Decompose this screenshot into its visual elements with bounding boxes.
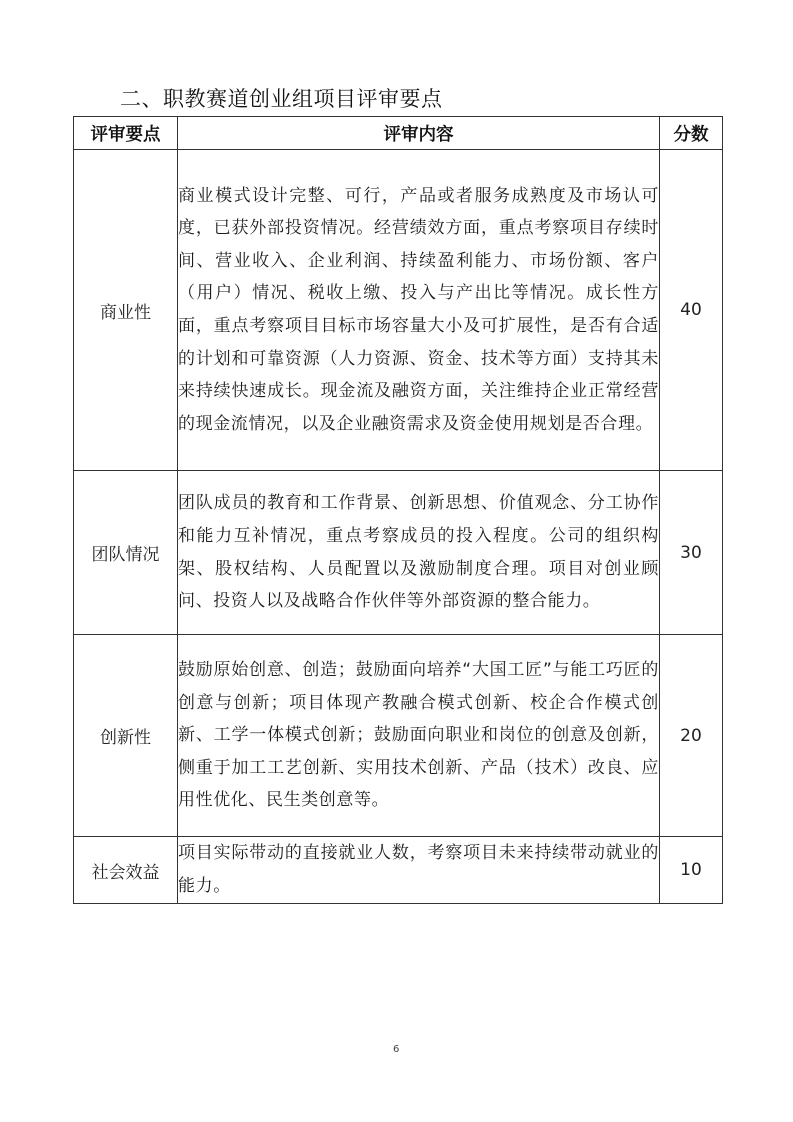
header-review-point: 评审要点 xyxy=(74,117,178,150)
review-content: 团队成员的教育和工作背景、创新思想、价值观念、分工协作和能力互补情况，重点考察成… xyxy=(178,471,660,635)
page-number: 6 xyxy=(393,1044,399,1055)
review-point: 社会效益 xyxy=(74,837,178,904)
table-row-commercial: 商业性 商业模式设计完整、可行，产品或者服务成熟度及市场认可度，已获外部投资情况… xyxy=(74,150,723,471)
table-row-team: 团队情况 团队成员的教育和工作背景、创新思想、价值观念、分工协作和能力互补情况，… xyxy=(74,471,723,635)
header-score: 分数 xyxy=(660,117,723,150)
review-content: 项目实际带动的直接就业人数，考察项目未来持续带动就业的能力。 xyxy=(178,837,660,904)
review-point: 商业性 xyxy=(74,150,178,471)
review-content: 鼓励原始创意、创造；鼓励面向培养“大国工匠”与能工巧匠的创意与创新；项目体现产教… xyxy=(178,635,660,837)
header-review-content: 评审内容 xyxy=(178,117,660,150)
score-value: 40 xyxy=(660,150,723,471)
table-row-innovation: 创新性 鼓励原始创意、创造；鼓励面向培养“大国工匠”与能工巧匠的创意与创新；项目… xyxy=(74,635,723,837)
table-row-social-benefit: 社会效益 项目实际带动的直接就业人数，考察项目未来持续带动就业的能力。 10 xyxy=(74,837,723,904)
review-criteria-table: 评审要点 评审内容 分数 商业性 商业模式设计完整、可行，产品或者服务成熟度及市… xyxy=(73,116,723,904)
score-value: 30 xyxy=(660,471,723,635)
review-content: 商业模式设计完整、可行，产品或者服务成熟度及市场认可度，已获外部投资情况。经营绩… xyxy=(178,150,660,471)
review-point: 团队情况 xyxy=(74,471,178,635)
section-title: 二、职教赛道创业组项目评审要点 xyxy=(120,84,443,114)
score-value: 20 xyxy=(660,635,723,837)
review-point: 创新性 xyxy=(74,635,178,837)
table-header-row: 评审要点 评审内容 分数 xyxy=(74,117,723,150)
score-value: 10 xyxy=(660,837,723,904)
